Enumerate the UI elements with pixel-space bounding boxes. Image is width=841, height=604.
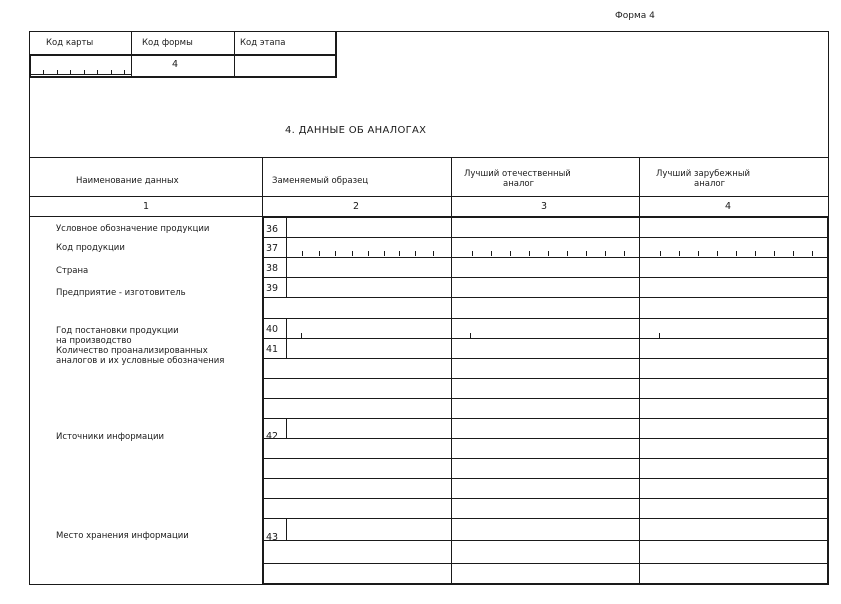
row-label-41-line2: аналогов и их условные обозначения [56,356,224,366]
header-top-line [29,157,829,158]
page-title: 4. ДАННЫЕ ОБ АНАЛОГАХ [285,125,426,136]
column-header-2: Заменяемый образец [272,176,368,186]
row-label-40-line2: на производство [56,336,132,346]
row-code-41: 41 [266,344,278,355]
row-label-43: Место хранения информации [56,531,189,541]
row-label-41-line1: Количество проанализированных [56,346,208,356]
row-label-40-line1: Год постановки продукции [56,326,179,336]
column-number-3: 3 [541,201,547,212]
field-40-col4[interactable] [640,319,827,338]
code-value-underline [29,76,337,78]
field-42-col4[interactable] [640,419,827,518]
form-code-value: 4 [172,59,178,70]
card-code-ticks [31,70,131,75]
field-38-col2[interactable] [287,258,451,277]
row-label-36: Условное обозначение продукции [56,224,209,234]
row-label-39: Предприятие - изготовитель [56,288,186,298]
row-label-42: Источники информации [56,432,164,442]
row-label-38: Страна [56,266,88,276]
header-bottom-line [29,196,829,197]
field-36-col2[interactable] [287,218,451,237]
data-frame-left [262,216,264,585]
field-41-col3[interactable] [452,339,639,418]
data-frame-right [827,216,829,585]
field-38-col4[interactable] [640,258,827,277]
header-col-divider-2 [451,157,452,217]
field-40-col3[interactable] [452,319,639,338]
outer-frame-left [29,31,30,585]
row-code-43: 43 [266,532,278,543]
field-43-col3[interactable] [452,519,639,583]
field-37-col2[interactable] [287,238,451,257]
column-header-1: Наименование данных [76,176,179,186]
form-code-label: Код формы [142,38,193,48]
field-39-col4[interactable] [640,278,827,318]
column-header-3-line1: Лучший отечественный [464,169,571,179]
field-38-col3[interactable] [452,258,639,277]
card-code-label: Код карты [46,38,93,48]
row-code-36: 36 [266,224,278,235]
field-36-col4[interactable] [640,218,827,237]
row-code-40: 40 [266,324,278,335]
field-37-col3[interactable] [452,238,639,257]
column-number-4: 4 [725,201,731,212]
column-header-3-line2: аналог [503,179,534,189]
column-number-2: 2 [353,201,359,212]
outer-frame-top [29,31,829,32]
field-39-col2[interactable] [287,278,451,318]
field-40-col2[interactable] [287,319,451,338]
field-41-col4[interactable] [640,339,827,418]
card-code-field[interactable] [31,56,131,76]
outer-frame-bottom-left [29,584,262,585]
field-42-col2[interactable] [287,419,451,518]
field-36-col3[interactable] [452,218,639,237]
header-col-divider-1 [262,157,263,217]
field-43-col4[interactable] [640,519,827,583]
column-header-4-line2: аналог [694,179,725,189]
field-37-col4[interactable] [640,238,827,257]
outer-frame-right [828,31,829,157]
stage-code-field[interactable] [236,56,335,76]
field-43-col2[interactable] [287,519,451,583]
row-code-37: 37 [266,243,278,254]
row-code-42: 42 [266,431,278,442]
row-label-37: Код продукции [56,243,125,253]
field-41-col2[interactable] [287,339,451,418]
field-39-col3[interactable] [452,278,639,318]
stage-code-label: Код этапа [240,38,285,48]
form-number-label: Форма 4 [615,11,655,21]
header-right-line [828,157,829,217]
column-number-1: 1 [143,201,149,212]
header-col-divider-3 [639,157,640,217]
row-code-39: 39 [266,283,278,294]
field-42-col3[interactable] [452,419,639,518]
row-code-38: 38 [266,263,278,274]
column-header-4-line1: Лучший зарубежный [656,169,750,179]
data-frame-bottom [262,583,829,585]
